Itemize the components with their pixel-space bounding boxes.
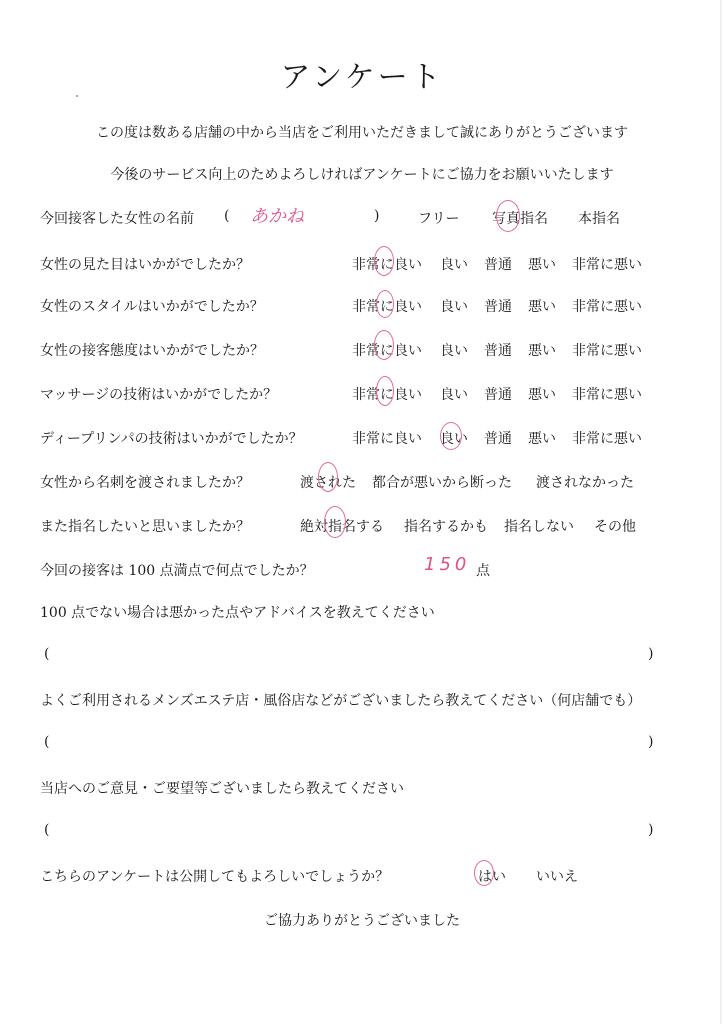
option-bad[interactable]: 悪い xyxy=(528,384,556,404)
score-question: 今回の接客は 100 点満点で何点でしたか？ xyxy=(40,560,314,580)
closing-message: ご協力ありがとうございました xyxy=(0,910,724,930)
advice-open-paren: ( xyxy=(44,646,49,662)
option-other[interactable]: その他 xyxy=(594,516,636,536)
option-very-bad[interactable]: 非常に悪い xyxy=(572,254,642,274)
repeat-question: また指名したいと思いましたか？ xyxy=(40,516,250,536)
option-very-bad[interactable]: 非常に悪い xyxy=(572,340,642,360)
option-average[interactable]: 普通 xyxy=(484,340,512,360)
selection-circle xyxy=(440,422,462,450)
option-bad[interactable]: 悪い xyxy=(528,296,556,316)
option-bad[interactable]: 悪い xyxy=(528,254,556,274)
option-average[interactable]: 普通 xyxy=(484,384,512,404)
rating-question-massage: マッサージの技術はいかがでしたか？ xyxy=(40,384,277,404)
other-shops-question: よくご利用されるメンズエステ店・風俗店などがございましたら教えてください（何店舗… xyxy=(40,690,641,710)
option-main-nomination[interactable]: 本指名 xyxy=(578,208,620,228)
score-unit: 点 xyxy=(476,560,490,580)
option-very-bad[interactable]: 非常に悪い xyxy=(572,428,642,448)
option-bad[interactable]: 悪い xyxy=(528,428,556,448)
name-open-paren: ( xyxy=(224,208,229,224)
name-input[interactable]: あかね xyxy=(250,202,304,228)
selection-circle xyxy=(376,376,394,406)
rating-question-style: 女性のスタイルはいかがでしたか？ xyxy=(40,296,264,316)
other-shops-input[interactable] xyxy=(60,734,640,752)
selection-circle xyxy=(376,290,394,318)
selection-circle xyxy=(324,506,346,538)
selection-circle xyxy=(318,462,338,492)
option-good[interactable]: 良い xyxy=(440,384,468,404)
option-free[interactable]: フリー xyxy=(418,208,459,228)
option-declined[interactable]: 都合が悪いから断った xyxy=(372,472,512,492)
feedback-question: 当店へのご意見・ご要望等ございましたら教えてください xyxy=(40,778,404,798)
option-maybe[interactable]: 指名するかも xyxy=(404,516,488,536)
rating-question-attitude: 女性の接客態度はいかがでしたか？ xyxy=(40,340,264,360)
page-title: アンケート xyxy=(0,52,724,96)
name-question-label: 今回接客した女性の名前 xyxy=(40,208,194,228)
selection-circle xyxy=(496,200,520,232)
option-no[interactable]: 指名しない xyxy=(504,516,574,536)
option-no[interactable]: いいえ xyxy=(536,866,578,886)
rating-question-looks: 女性の見た目はいかがでしたか？ xyxy=(40,254,250,274)
selection-circle xyxy=(374,330,394,360)
option-good[interactable]: 良い xyxy=(440,254,468,274)
advice-input[interactable] xyxy=(60,646,640,664)
option-average[interactable]: 普通 xyxy=(484,254,512,274)
feedback-open-paren: ( xyxy=(44,822,49,838)
option-very-good[interactable]: 非常に良い xyxy=(352,428,422,448)
option-very-bad[interactable]: 非常に悪い xyxy=(572,384,642,404)
rating-question-lymph: ディープリンパの技術はいかがでしたか？ xyxy=(40,428,303,448)
business-card-question: 女性から名刺を渡されましたか？ xyxy=(40,472,250,492)
other-shops-open-paren: ( xyxy=(44,734,49,750)
intro-line-1: この度は数ある店舗の中から当店をご利用いただきまして誠にありがとうございます xyxy=(0,122,724,142)
name-close-paren: ) xyxy=(374,208,379,224)
option-average[interactable]: 普通 xyxy=(484,296,512,316)
option-average[interactable]: 普通 xyxy=(484,428,512,448)
option-very-bad[interactable]: 非常に悪い xyxy=(572,296,642,316)
score-input[interactable]: 150 xyxy=(424,554,470,575)
option-bad[interactable]: 悪い xyxy=(528,340,556,360)
advice-question: 100 点でない場合は悪かった点やアドバイスを教えてください xyxy=(40,602,435,622)
selection-circle xyxy=(474,860,494,886)
other-shops-close-paren: ) xyxy=(648,734,653,750)
option-good[interactable]: 良い xyxy=(440,296,468,316)
publish-question: こちらのアンケートは公開してもよろしいでしょうか？ xyxy=(40,866,389,886)
feedback-input[interactable] xyxy=(60,822,640,840)
selection-circle xyxy=(374,246,394,276)
advice-close-paren: ) xyxy=(648,646,653,662)
option-good[interactable]: 良い xyxy=(440,340,468,360)
scan-edge xyxy=(720,0,722,1024)
feedback-close-paren: ) xyxy=(648,822,653,838)
option-not-received[interactable]: 渡されなかった xyxy=(536,472,634,492)
intro-line-2: 今後のサービス向上のためよろしければアンケートにご協力をお願いいたします xyxy=(0,164,724,184)
